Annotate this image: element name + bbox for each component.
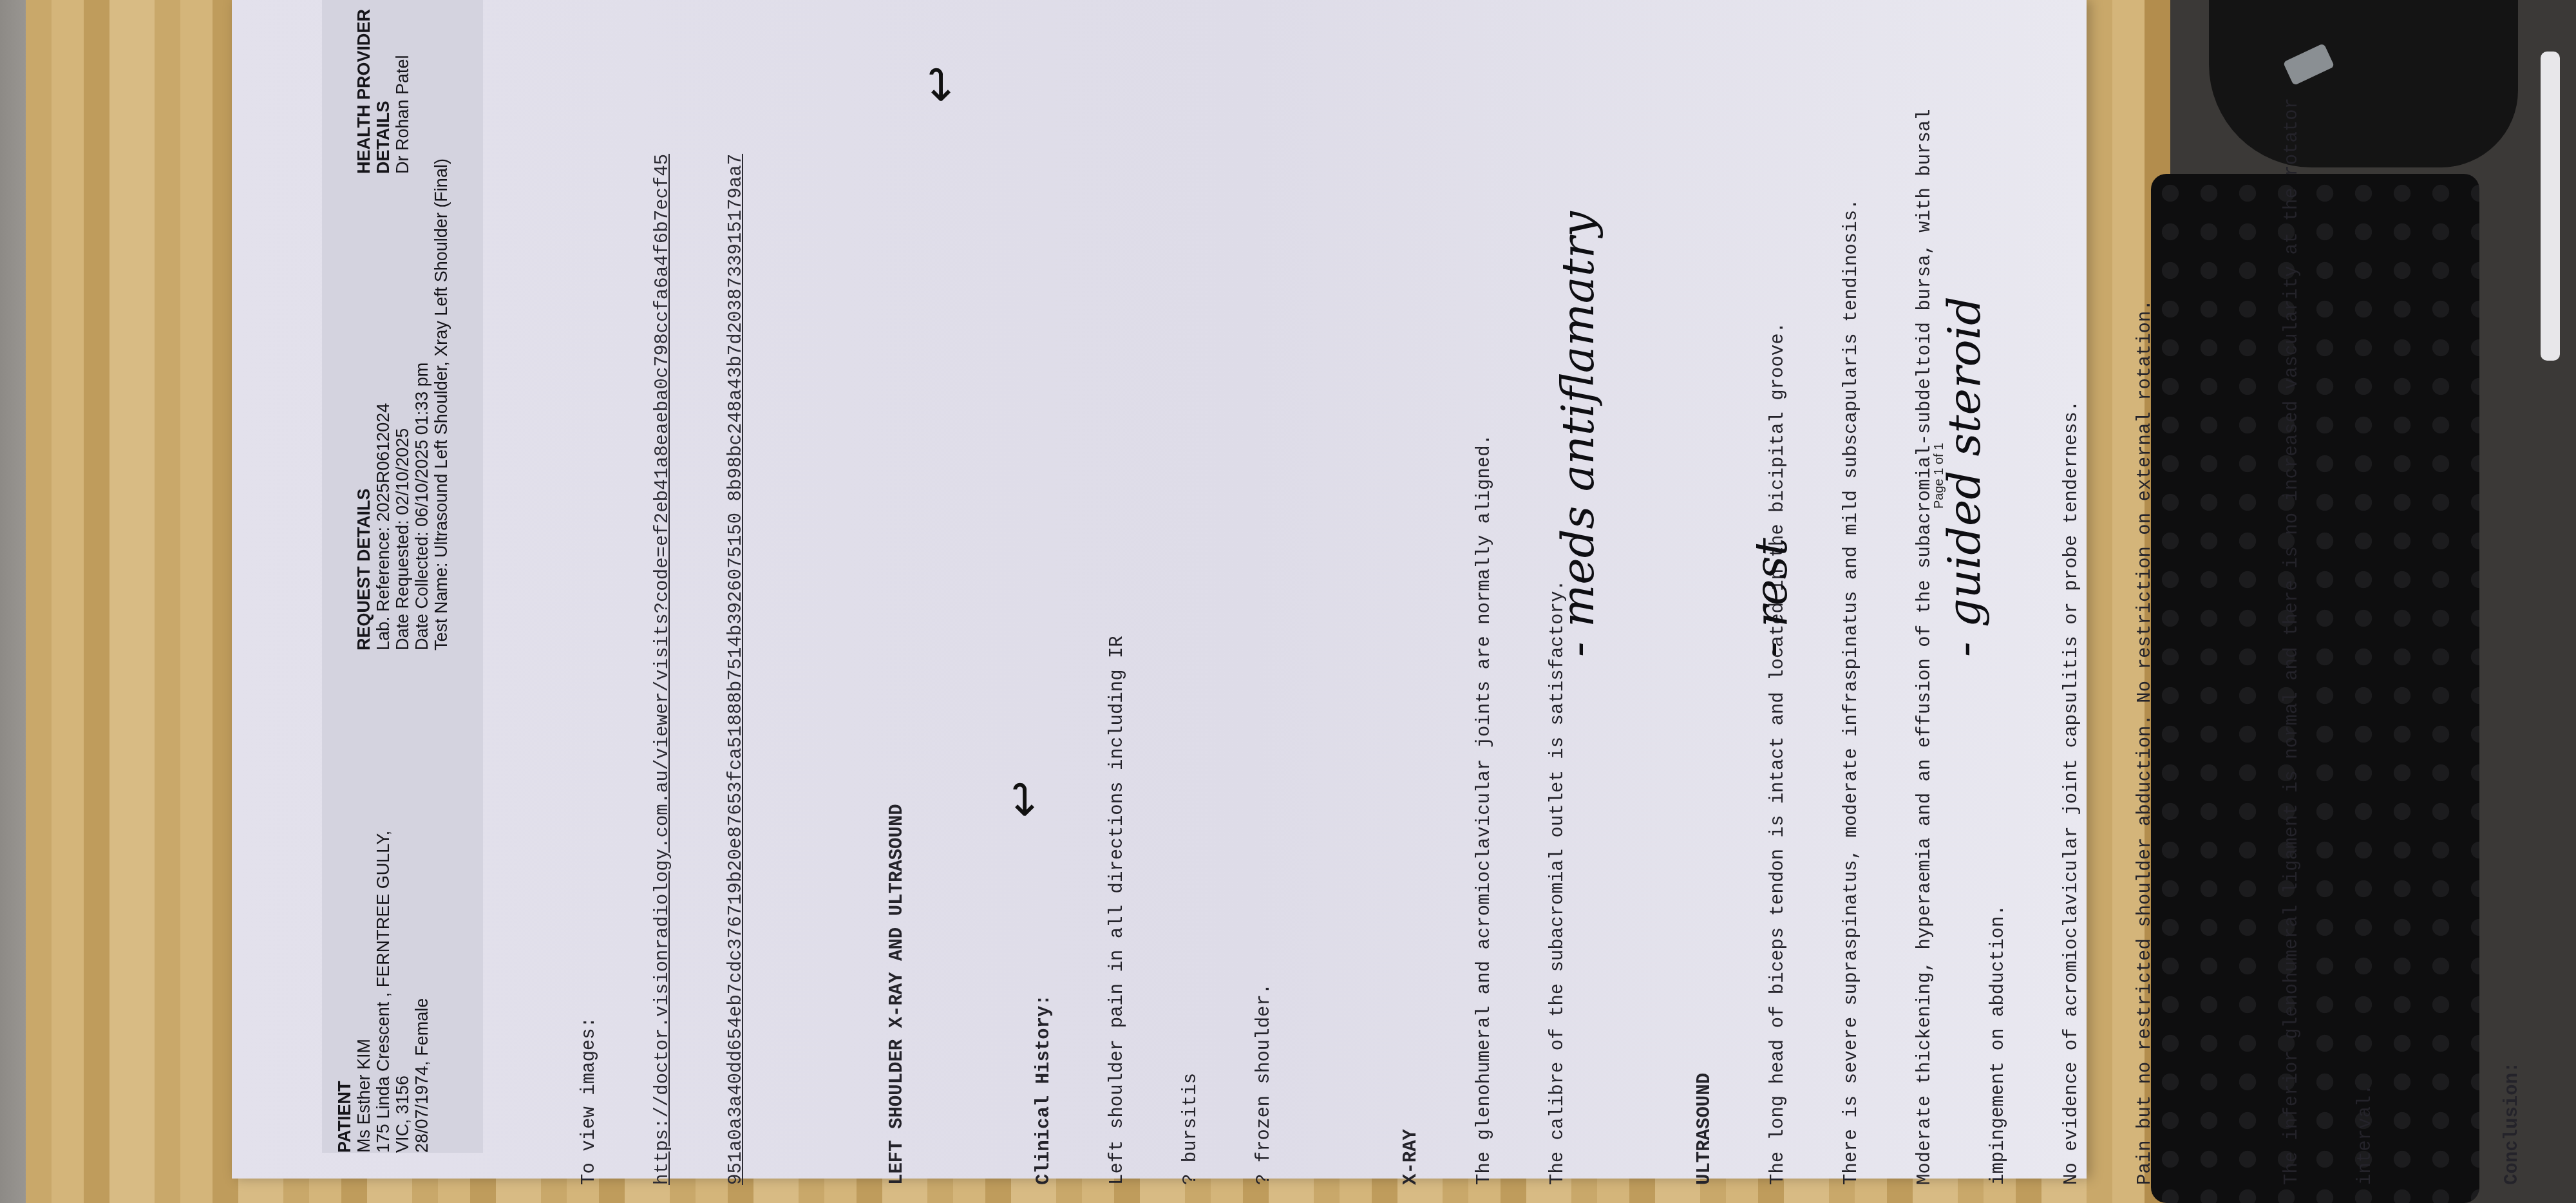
ultrasound-para2-line: The inferior glenohumeral ligament is no…: [2280, 26, 2304, 1185]
request-block: REQUEST DETAILS Lab. Reference: 2025R061…: [354, 158, 451, 650]
date-collected: Date Collected: 06/10/2025 01:33 pm: [412, 158, 431, 650]
patient-dob-sex: 28/07/1974, Female: [412, 831, 431, 1153]
patient-name: Ms Esther KIM: [354, 831, 374, 1153]
clinical-history-line: ? bursitis: [1179, 26, 1203, 1185]
test-name: Test Name: Ultrasound Left Shoulder, Xra…: [431, 158, 451, 650]
view-images-label-top: To view images:: [577, 26, 601, 1185]
provider-heading: HEALTH PROVIDER DETAILS: [354, 0, 393, 174]
clinical-history-line: Left shoulder pain in all directions inc…: [1105, 26, 1130, 1185]
handwritten-note: - guided steroid: [1932, 211, 1996, 657]
handwritten-notes: - meds antiflamatry - rest - guided ster…: [1417, 211, 2125, 657]
handwritten-arrow-icon: ↩: [997, 781, 1050, 819]
conclusion-heading: Conclusion:: [2500, 26, 2524, 1185]
header-band: PATIENT Ms Esther KIM 175 Linda Crescent…: [322, 0, 483, 1153]
view-images-link-top[interactable]: https://doctor.visionradiology.com.au/vi…: [650, 26, 675, 1185]
patient-block: PATIENT Ms Esther KIM 175 Linda Crescent…: [335, 831, 431, 1153]
date-requested: Date Requested: 02/10/2025: [393, 158, 412, 650]
patient-address: 175 Linda Crescent , FERNTREE GULLY,: [374, 831, 393, 1153]
request-heading: REQUEST DETAILS: [354, 158, 374, 650]
patient-heading: PATIENT: [335, 831, 354, 1153]
clinical-history-heading: Clinical History:: [1032, 26, 1056, 1185]
handwritten-note: - meds antiflamatry: [1546, 211, 1610, 657]
clinical-history-line: ? frozen shoulder.: [1252, 26, 1276, 1185]
provider-block: HEALTH PROVIDER DETAILS Dr Rohan Patel: [354, 0, 412, 174]
ultrasound-para2-line: interval.: [2353, 26, 2378, 1185]
ultrasound-line: Pain but no restricted shoulder abductio…: [2133, 26, 2157, 1185]
lab-reference: Lab. Reference: 2025R0612024: [374, 158, 393, 650]
provider-name: Dr Rohan Patel: [393, 0, 412, 174]
page-number: Page 1 of 1: [1932, 443, 1947, 509]
patient-state-postcode: VIC, 3156: [393, 831, 412, 1153]
handwritten-arrow-icon: ↩: [913, 66, 966, 104]
conclusion-line: Rotator cuff tendinosis: [2573, 26, 2576, 1185]
handwritten-note: - rest: [1739, 211, 1803, 657]
view-images-link-top-cont[interactable]: 951a0a3a40dd654eb7cdc376719b20e87653fca5…: [724, 26, 748, 1185]
report-title: LEFT SHOULDER X-RAY AND ULTRASOUND: [885, 26, 909, 1185]
